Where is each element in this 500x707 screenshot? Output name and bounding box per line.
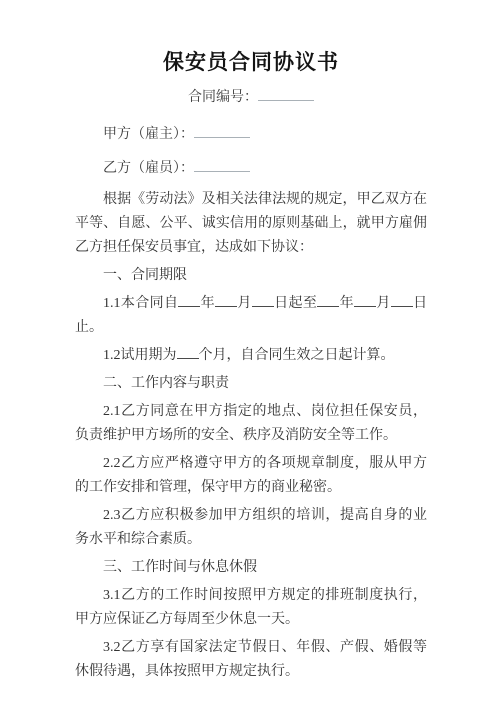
fill-blank-start-day [252, 295, 274, 307]
preamble-paragraph: 根据《劳动法》及相关法律法规的规定，甲乙双方在平等、自愿、公平、诚实信用的原则基… [75, 188, 427, 260]
clause-2-1: 2.1乙方同意在甲方指定的地点、岗位担任保安员，负责维护甲方场所的安全、秩序及消… [75, 400, 427, 448]
party-b-line: 乙方（雇员）： [75, 157, 427, 181]
section-2-heading: 二、工作内容与职责 [75, 372, 427, 396]
party-a-line: 甲方（雇主）： [75, 123, 427, 147]
clause-text: 年 [200, 296, 215, 311]
contract-document-page: 保安员合同协议书 合同编号： 甲方（雇主）： 乙方（雇员）： 根据《劳动法》及相… [0, 0, 500, 707]
clause-text: 1.1本合同自 [103, 296, 178, 311]
clause-1-1: 1.1本合同自年月日起至年月日止。 [75, 292, 427, 340]
clause-3-2: 3.2乙方享有国家法定节假日、年假、产假、婚假等休假待遇，具体按照甲方规定执行。 [75, 636, 427, 684]
clause-text: 年 [339, 296, 354, 311]
fill-blank-start-year [178, 295, 200, 307]
party-a-label: 甲方（雇主）： [103, 127, 194, 142]
section-3-heading: 三、工作时间与休息休假 [75, 556, 427, 580]
fill-blank-probation-months [177, 347, 199, 359]
party-a-blank [194, 125, 250, 138]
party-b-blank [194, 159, 250, 172]
clause-text: 1.2试用期为 [103, 348, 177, 363]
clause-text: 个月，自合同生效之日起计算。 [199, 348, 395, 363]
contract-number-blank [258, 88, 314, 101]
clause-text: 日起至 [274, 296, 317, 311]
fill-blank-start-month [215, 295, 237, 307]
clause-text: 月 [237, 296, 252, 311]
contract-number-label: 合同编号： [188, 90, 258, 105]
clause-2-2: 2.2乙方应严格遵守甲方的各项规章制度，服从甲方的工作安排和管理，保守甲方的商业… [75, 452, 427, 500]
document-title: 保安员合同协议书 [75, 48, 427, 76]
clause-text: 月 [376, 296, 391, 311]
fill-blank-end-month [354, 295, 376, 307]
clause-3-1: 3.1乙方的工作时间按照甲方规定的排班制度执行，甲方应保证乙方每周至少休息一天。 [75, 584, 427, 632]
party-b-label: 乙方（雇员）： [103, 161, 194, 176]
clause-2-3: 2.3乙方应积极参加甲方组织的培训，提高自身的业务水平和综合素质。 [75, 504, 427, 552]
clause-1-2: 1.2试用期为个月，自合同生效之日起计算。 [75, 344, 427, 368]
contract-number-line: 合同编号： [75, 86, 427, 110]
section-1-heading: 一、合同期限 [75, 264, 427, 288]
fill-blank-end-year [317, 295, 339, 307]
fill-blank-end-day [391, 295, 413, 307]
